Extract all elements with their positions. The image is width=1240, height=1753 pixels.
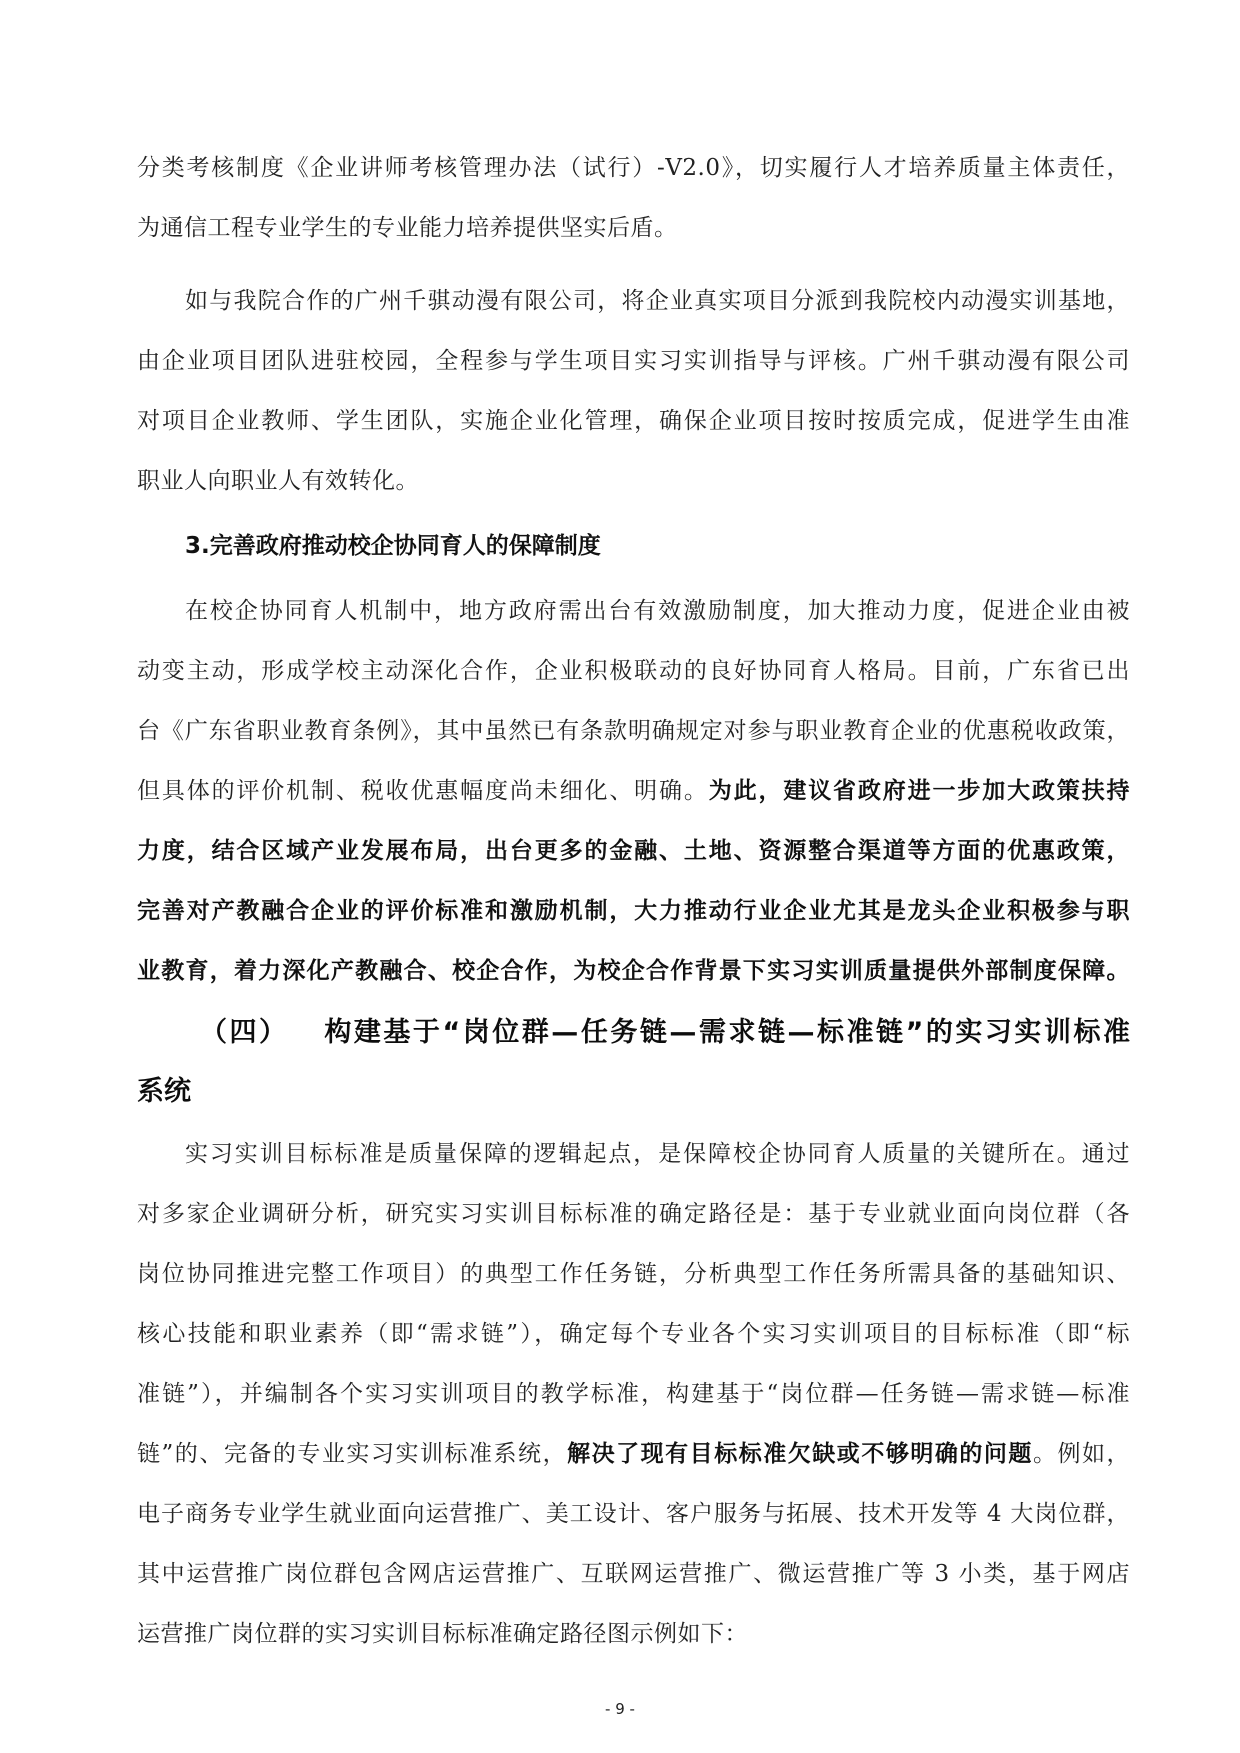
section-title: 构建基于“岗位群—任务链—需求链—标准链”的实习实训标准 (324, 1017, 1130, 1048)
paragraph-line: 核心技能和职业素养（即“需求链”），确定每个专业各个实习实训项目的目标标准（即“… (137, 1319, 1130, 1349)
section-heading: （四） 构建基于“岗位群—任务链—需求链—标准链”的实习实训标准 (200, 1016, 1130, 1050)
paragraph-line: 电子商务专业学生就业面向运营推广、美工设计、客户服务与拓展、技术开发等 4 大岗… (137, 1499, 1130, 1529)
paragraph-line: 台《广东省职业教育条例》，其中虽然已有条款明确规定对参与职业教育企业的优惠税收政… (137, 716, 1130, 746)
emphasized-text: 解决了现有目标标准欠缺或不够明确的问题 (567, 1440, 1033, 1467)
document-page: 分类考核制度《企业讲师考核管理办法（试行）-V2.0》，切实履行人才培养质量主体… (0, 0, 1240, 1753)
paragraph-line: 为通信工程专业学生的专业能力培养提供坚实后盾。 (137, 213, 1130, 243)
paragraph-line: 完善对产教融合企业的评价标准和激励机制，大力推动行业企业尤其是龙头企业积极参与职 (137, 896, 1130, 926)
normal-text: 。例如， (1033, 1441, 1130, 1467)
normal-text: 链”的、完备的专业实习实训标准系统， (137, 1441, 567, 1467)
paragraph-line: 链”的、完备的专业实习实训标准系统，解决了现有目标标准欠缺或不够明确的问题。例如… (137, 1439, 1130, 1469)
section-number: （四） (200, 1017, 289, 1048)
paragraph-line: 对多家企业调研分析，研究实习实训目标标准的确定路径是：基于专业就业面向岗位群（各 (137, 1199, 1130, 1229)
paragraph-line: 如与我院合作的广州千骐动漫有限公司，将企业真实项目分派到我院校内动漫实训基地， (185, 286, 1130, 316)
paragraph-line: 其中运营推广岗位群包含网店运营推广、互联网运营推广、微运营推广等 3 小类，基于… (137, 1559, 1130, 1589)
paragraph-line: 岗位协同推进完整工作项目）的典型工作任务链，分析典型工作任务所需具备的基础知识、 (137, 1259, 1130, 1289)
paragraph-line: 由企业项目团队进驻校园，全程参与学生项目实习实训指导与评核。广州千骐动漫有限公司 (137, 346, 1130, 376)
normal-text: 但具体的评价机制、税收优惠幅度尚未细化、明确。 (137, 778, 709, 804)
paragraph-line: 准链”），并编制各个实习实训项目的教学标准，构建基于“岗位群—任务链—需求链—标… (137, 1379, 1130, 1409)
paragraph-line: 分类考核制度《企业讲师考核管理办法（试行）-V2.0》，切实履行人才培养质量主体… (137, 153, 1130, 183)
page-number: - 9 - (0, 1700, 1240, 1718)
emphasized-text: 为此，建议省政府进一步加大政策扶持 (709, 777, 1130, 804)
emphasized-text: 力度，结合区域产业发展布局，出台更多的金融、土地、资源整合渠道等方面的优惠政策， (137, 837, 1130, 864)
subheading: 3.完善政府推动校企协同育人的保障制度 (185, 531, 601, 561)
paragraph-line: 在校企协同育人机制中，地方政府需出台有效激励制度，加大推动力度，促进企业由被 (185, 596, 1130, 626)
paragraph-line: 对项目企业教师、学生团队，实施企业化管理，确保企业项目按时按质完成，促进学生由准 (137, 406, 1130, 436)
paragraph-line: 力度，结合区域产业发展布局，出台更多的金融、土地、资源整合渠道等方面的优惠政策， (137, 836, 1130, 866)
paragraph-line: 运营推广岗位群的实习实训目标标准确定路径图示例如下： (137, 1619, 1130, 1649)
paragraph-line: 但具体的评价机制、税收优惠幅度尚未细化、明确。为此，建议省政府进一步加大政策扶持 (137, 776, 1130, 806)
emphasized-text: 完善对产教融合企业的评价标准和激励机制，大力推动行业企业尤其是龙头企业积极参与职 (137, 897, 1130, 924)
paragraph-line: 业教育，着力深化产教融合、校企合作，为校企合作背景下实习实训质量提供外部制度保障… (137, 956, 1130, 986)
paragraph-line: 动变主动，形成学校主动深化合作，企业积极联动的良好协同育人格局。目前，广东省已出 (137, 656, 1130, 686)
emphasized-text: 业教育，着力深化产教融合、校企合作，为校企合作背景下实习实训质量提供外部制度保障… (137, 957, 1130, 984)
paragraph-line: 实习实训目标标准是质量保障的逻辑起点，是保障校企协同育人质量的关键所在。通过 (185, 1139, 1130, 1169)
section-heading-continuation: 系统 (137, 1075, 191, 1109)
paragraph-line: 职业人向职业人有效转化。 (137, 466, 1130, 496)
